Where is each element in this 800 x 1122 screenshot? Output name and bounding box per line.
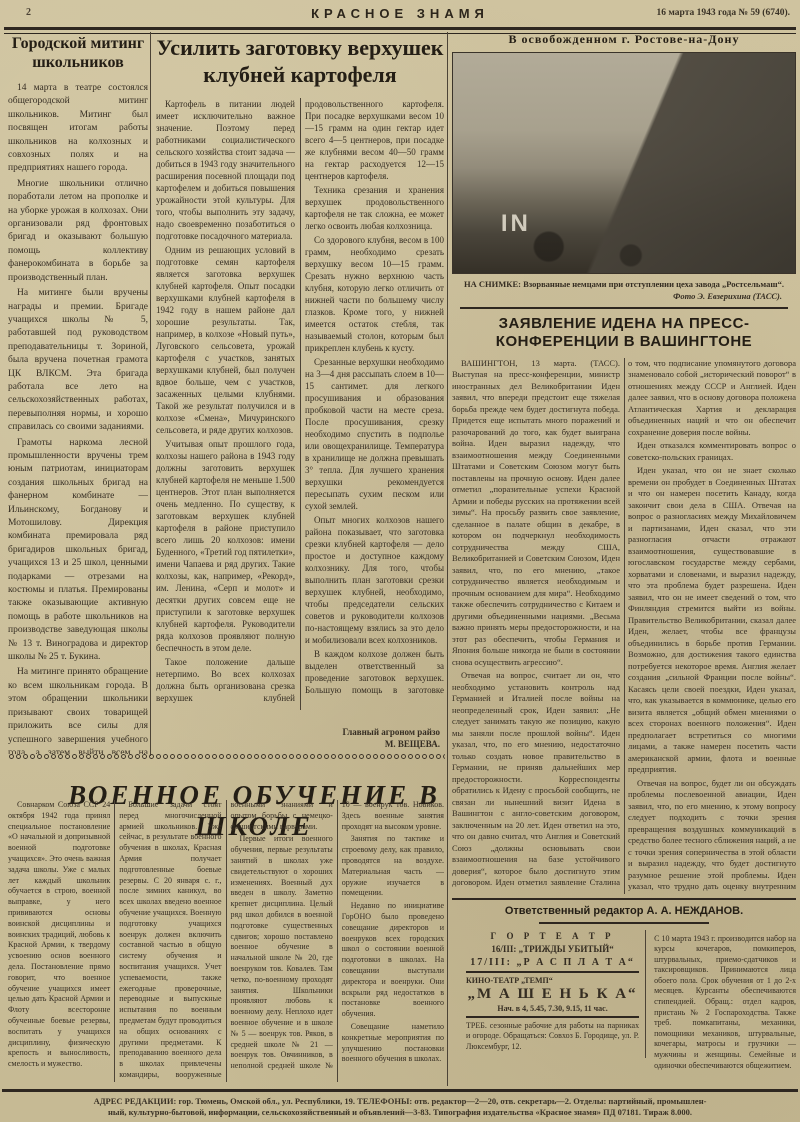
ad-cinema-times: Нач. в 4, 5.45, 7.30, 9.15, 11 час.: [466, 1004, 639, 1013]
ad-cinema-name: КИНО-ТЕАТР „ТЕМП“: [466, 976, 639, 985]
article-paragraph: 14 марта в театре состоялся общегородско…: [8, 82, 148, 176]
article-paragraph: Срезанные верхушки необходимо на 3—4 дня…: [305, 356, 444, 512]
column-rule-left: [150, 32, 151, 756]
photo-caption: НА СНИМКЕ: Взорванные немцами при отступ…: [452, 279, 796, 290]
article-paragraph: Грамоты наркома лесной промышленности вр…: [8, 437, 148, 665]
ad-gorteatr-film-1: 16/III: „ТРИЖДЫ УБИТЫЙ“: [466, 944, 639, 954]
responsible-editor-line: Ответственный редактор А. А. НЕЖДАНОВ.: [452, 905, 796, 917]
article-eden-title: ЗАЯВЛЕНИЕ ИДЕНА НА ПРЕСС-КОНФЕРЕНЦИИ В В…: [452, 315, 796, 351]
rostov-ruins-photo: IN: [452, 52, 796, 274]
article-paragraph: Опыт многих колхозов нашего района показ…: [305, 514, 444, 646]
ads-right-column: С 10 марта 1943 г. производится набор на…: [645, 930, 796, 1058]
signature-role: Главный агроном райзо: [342, 726, 440, 738]
newspaper-page: 2 КРАСНОЕ ЗНАМЯ 16 марта 1943 года № 59 …: [0, 0, 800, 1122]
editor-divider-rule: [539, 922, 709, 924]
article-potato-tops: Усилить заготовку верхушек клубней карто…: [156, 34, 444, 758]
photo-watermark: IN: [501, 210, 531, 238]
article-paragraph: Техника срезания и хранения верхушек про…: [305, 184, 444, 232]
article-paragraph: Со здорового клубня, весом в 100 грамм, …: [305, 234, 444, 354]
article-city-meeting-title: Городской митинг школьников: [8, 34, 148, 72]
classified-ads: Г О Р Т Е А Т Р 16/III: „ТРИЖДЫ УБИТЫЙ“ …: [452, 930, 796, 1058]
article-city-meeting: Городской митинг школьников 14 марта в т…: [8, 34, 148, 754]
section-divider-ornament: [8, 754, 445, 759]
column-rule-main: [447, 32, 448, 1086]
ad-courses-recruitment: С 10 марта 1943 г. производится набор на…: [654, 934, 796, 1072]
editor-block: Ответственный редактор А. А. НЕЖДАНОВ.: [452, 898, 796, 924]
ad-divider: [466, 1016, 639, 1018]
article-paragraph: На митинге принято обращение ко всем шко…: [8, 666, 148, 754]
ad-gorteatr-name: Г О Р Т Е А Т Р: [466, 931, 639, 941]
article-paragraph: Совещание наметило конкретные мероприяти…: [342, 1022, 444, 1065]
ad-workers-wanted: ТРЕБ. сезонные рабочие для работы на пар…: [466, 1021, 639, 1053]
article-paragraph: Занятия по тактике и строевому делу, как…: [342, 834, 444, 899]
ad-cinema-film: „М А Ш Е Н Ь К А“: [466, 986, 639, 1003]
imprint-line-2: ный, культурно-бытовой, информации, сель…: [0, 1107, 800, 1118]
article-paragraph: Многие школьники отлично поработали лето…: [8, 178, 148, 285]
article-paragraph: Картофель в питании людей имеет исключит…: [156, 98, 295, 242]
article-potato-signature: Главный агроном райзо М. ВЕЩЕВА.: [342, 726, 440, 750]
page-header: 2 КРАСНОЕ ЗНАМЯ 16 марта 1943 года № 59 …: [0, 4, 800, 26]
imprint-line-1: АДРЕС РЕДАКЦИИ: гор. Тюмень, Омской обл.…: [0, 1096, 800, 1107]
article-paragraph: Одним из решающих условий в подготовке с…: [156, 244, 295, 436]
footer-rule: [2, 1089, 798, 1094]
right-column-region: В освобожденном г. Ростове-на-Дону IN НА…: [452, 32, 796, 1058]
ads-left-column: Г О Р Т Е А Т Р 16/III: „ТРИЖДЫ УБИТЫЙ“ …: [452, 930, 645, 1058]
article-potato-body: Картофель в питании людей имеет исключит…: [156, 98, 444, 710]
caption-divider-rule: [460, 307, 788, 309]
article-paragraph: Недавно по инициативе ГорОНО было провед…: [342, 901, 444, 1020]
article-paragraph: Иден отказался комментировать вопрос о с…: [628, 440, 796, 463]
article-eden-body: ВАШИНГТОН, 13 марта. (ТАСС). Выступая на…: [452, 358, 796, 894]
signature-name: М. ВЕЩЕВА.: [342, 738, 440, 750]
photo-headline: В освобожденном г. Ростове-на-Дону: [452, 32, 796, 47]
imprint-footer: АДРЕС РЕДАКЦИИ: гор. Тюмень, Омской обл.…: [0, 1096, 800, 1118]
article-paragraph: Иден указал, что он не знает сколько вре…: [628, 465, 796, 776]
photo-credit: Фото Э. Евзерихина (ТАСС).: [452, 291, 796, 301]
ad-divider: [466, 971, 639, 973]
article-paragraph: Совнарком Союза ССР 24 октября 1942 года…: [8, 800, 110, 1070]
ad-gorteatr-film-2: 17/III: „Р А С П Л А Т А“: [466, 957, 639, 968]
issue-dateline: 16 марта 1943 года № 59 (6740).: [657, 8, 790, 18]
article-paragraph: ВАШИНГТОН, 13 марта. (ТАСС). Выступая на…: [452, 358, 620, 669]
article-paragraph: Учитывая опыт прошлого года, колхозы наш…: [156, 438, 295, 654]
article-military-training-body: Совнарком Союза ССР 24 октября 1942 года…: [8, 800, 444, 1082]
article-paragraph: На митинге были вручены награды и премии…: [8, 287, 148, 434]
article-city-meeting-body: 14 марта в театре состоялся общегородско…: [8, 82, 148, 754]
article-potato-title: Усилить заготовку верхушек клубней карто…: [156, 34, 444, 88]
